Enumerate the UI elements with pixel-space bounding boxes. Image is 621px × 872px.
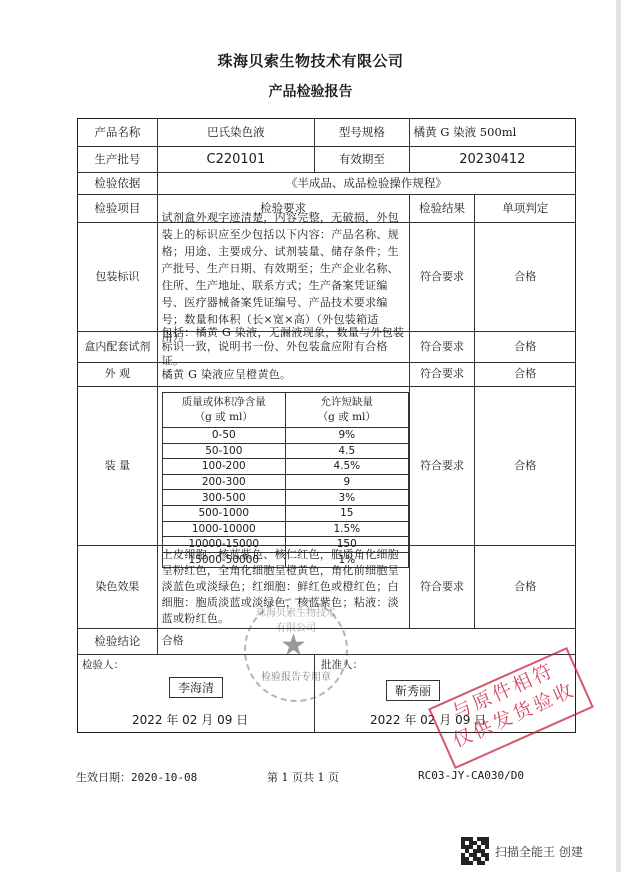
- row-signatures: 检验人： 李海清 2022 年 02 月 09 日 批准人： 靳秀丽 2022 …: [78, 655, 575, 732]
- fill-header-shortage-line2: （g 或 ml）: [318, 411, 376, 423]
- fill-volume-table: 质量或体积净含量（g 或 ml） 允许短缺量（g 或 ml） 0-509%50-…: [162, 392, 409, 568]
- item-name: 外 观: [78, 363, 158, 386]
- label-basis: 检验依据: [78, 173, 158, 194]
- label-batch: 生产批号: [78, 147, 158, 172]
- item-requirement: 包括：橘黄 G 染液，无漏液现象，数量与外包装标识一致，说明书一份、外包装盒应附…: [158, 332, 410, 362]
- scanner-watermark: 扫描全能王 创建: [461, 837, 583, 865]
- label-conclusion: 检验结论: [78, 629, 158, 654]
- item-verdict: 合格: [475, 223, 575, 331]
- watermark-text: 扫描全能王 创建: [495, 843, 583, 860]
- fill-range: 200-300: [162, 474, 285, 490]
- fill-table-cell: 质量或体积净含量（g 或 ml） 允许短缺量（g 或 ml） 0-509%50-…: [158, 387, 410, 545]
- item-name: 装 量: [78, 387, 158, 545]
- qr-code-icon: [461, 837, 489, 865]
- approver-date: 2022 年 02 月 09 日: [370, 711, 486, 728]
- fill-allowance: 4.5%: [285, 459, 408, 475]
- fill-allowance: 9%: [285, 428, 408, 444]
- fill-table-row: 100-2004.5%: [162, 459, 408, 475]
- fill-table-row: 200-3009: [162, 474, 408, 490]
- item-verdict: 合格: [475, 332, 575, 362]
- item-result: 符合要求: [410, 363, 476, 386]
- fill-table-row: 500-100015: [162, 505, 408, 521]
- scrollbar-edge: [616, 0, 621, 872]
- fill-header-shortage: 允许短缺量（g 或 ml）: [285, 393, 408, 428]
- fill-header-net-content-line1: 质量或体积净含量: [182, 396, 266, 408]
- row-staining-effect: 染色效果 上皮细胞：核蓝紫色、核仁红色，胞质角化细胞呈粉红色，全角化细胞呈橙黄色…: [78, 546, 575, 629]
- model-value: 橘黄 G 染液 500ml: [410, 119, 575, 146]
- document-code: RC03-JY-CA030/D0: [418, 769, 524, 782]
- label-model: 型号规格: [315, 119, 410, 146]
- page-indicator: 第 1 页共 1 页: [267, 769, 339, 785]
- fill-table-row: 300-5003%: [162, 490, 408, 506]
- fill-range: 100-200: [162, 459, 285, 475]
- item-verdict: 合格: [475, 546, 575, 628]
- basis-value: 《半成品、成品检验操作规程》: [158, 173, 575, 194]
- row-conclusion: 检验结论 合格: [78, 629, 575, 655]
- row-fill-volume: 装 量 质量或体积净含量（g 或 ml） 允许短缺量（g 或 ml） 0-509…: [78, 387, 575, 546]
- inspector-date: 2022 年 02 月 09 日: [132, 711, 248, 728]
- item-result: 符合要求: [410, 387, 476, 545]
- fill-range: 500-1000: [162, 505, 285, 521]
- fill-range: 1000-10000: [162, 521, 285, 537]
- item-requirement: 橘黄 G 染液应呈橙黄色。: [158, 363, 410, 386]
- item-result: 符合要求: [410, 546, 476, 628]
- effective-date: 生效日期：2020-10-08: [76, 769, 197, 785]
- row-kit-reagents: 盒内配套试剂 包括：橘黄 G 染液，无漏液现象，数量与外包装标识一致，说明书一份…: [78, 332, 575, 363]
- item-result: 符合要求: [410, 332, 476, 362]
- fill-range: 50-100: [162, 443, 285, 459]
- approver-label: 批准人：: [321, 657, 363, 672]
- conclusion-value: 合格: [158, 629, 575, 654]
- approver-block: 批准人： 靳秀丽 2022 年 02 月 09 日: [315, 655, 577, 732]
- inspector-block: 检验人： 李海清 2022 年 02 月 09 日: [78, 655, 315, 732]
- fill-table-row: 50-1004.5: [162, 443, 408, 459]
- fill-allowance: 9: [285, 474, 408, 490]
- fill-table-row: 0-509%: [162, 428, 408, 444]
- row-appearance: 外 观 橘黄 G 染液应呈橙黄色。 符合要求 合格: [78, 363, 575, 387]
- row-packaging-label: 包装标识 试剂盒外观字迹清楚，内容完整，无破损，外包装上的标识应至少包括以下内容…: [78, 223, 575, 332]
- fill-allowance: 4.5: [285, 443, 408, 459]
- fill-header-net-content-line2: （g 或 ml）: [195, 411, 253, 423]
- report-title: 产品检验报告: [0, 81, 621, 101]
- row-basis: 检验依据 《半成品、成品检验操作规程》: [78, 173, 575, 195]
- fill-range: 0-50: [162, 428, 285, 444]
- item-name: 染色效果: [78, 546, 158, 628]
- item-requirement: 试剂盒外观字迹清楚，内容完整，无破损，外包装上的标识应至少包括以下内容：产品名称…: [158, 223, 410, 331]
- product-name-value: 巴氏染色液: [158, 119, 315, 146]
- col-header-result: 检验结果: [410, 195, 476, 222]
- fill-range: 300-500: [162, 490, 285, 506]
- fill-allowance: 15: [285, 505, 408, 521]
- fill-table-row: 1000-100001.5%: [162, 521, 408, 537]
- row-product-name: 产品名称 巴氏染色液 型号规格 橘黄 G 染液 500ml: [78, 119, 575, 147]
- expiry-value: 20230412: [410, 147, 575, 172]
- inspector-label: 检验人：: [82, 657, 124, 672]
- fill-header-net-content: 质量或体积净含量（g 或 ml）: [162, 393, 285, 428]
- col-header-item: 检验项目: [78, 195, 158, 222]
- fill-header-shortage-line1: 允许短缺量: [321, 396, 374, 408]
- col-header-verdict: 单项判定: [475, 195, 575, 222]
- approver-name: 靳秀丽: [386, 680, 440, 701]
- item-name: 包装标识: [78, 223, 158, 331]
- fill-allowance: 3%: [285, 490, 408, 506]
- label-product-name: 产品名称: [78, 119, 158, 146]
- company-name: 珠海贝索生物技术有限公司: [0, 50, 621, 71]
- item-verdict: 合格: [475, 387, 575, 545]
- batch-value: C220101: [158, 147, 315, 172]
- item-requirement: 上皮细胞：核蓝紫色、核仁红色，胞质角化细胞呈粉红色，全角化细胞呈橙黄色，角化前细…: [158, 546, 410, 628]
- fill-allowance: 1.5%: [285, 521, 408, 537]
- item-name: 盒内配套试剂: [78, 332, 158, 362]
- inspector-name: 李海清: [169, 677, 223, 698]
- label-expiry: 有效期至: [315, 147, 410, 172]
- item-verdict: 合格: [475, 363, 575, 386]
- row-batch: 生产批号 C220101 有效期至 20230412: [78, 147, 575, 173]
- inspection-table: 产品名称 巴氏染色液 型号规格 橘黄 G 染液 500ml 生产批号 C2201…: [77, 118, 576, 733]
- item-result: 符合要求: [410, 223, 476, 331]
- fill-table-header: 质量或体积净含量（g 或 ml） 允许短缺量（g 或 ml）: [162, 393, 408, 428]
